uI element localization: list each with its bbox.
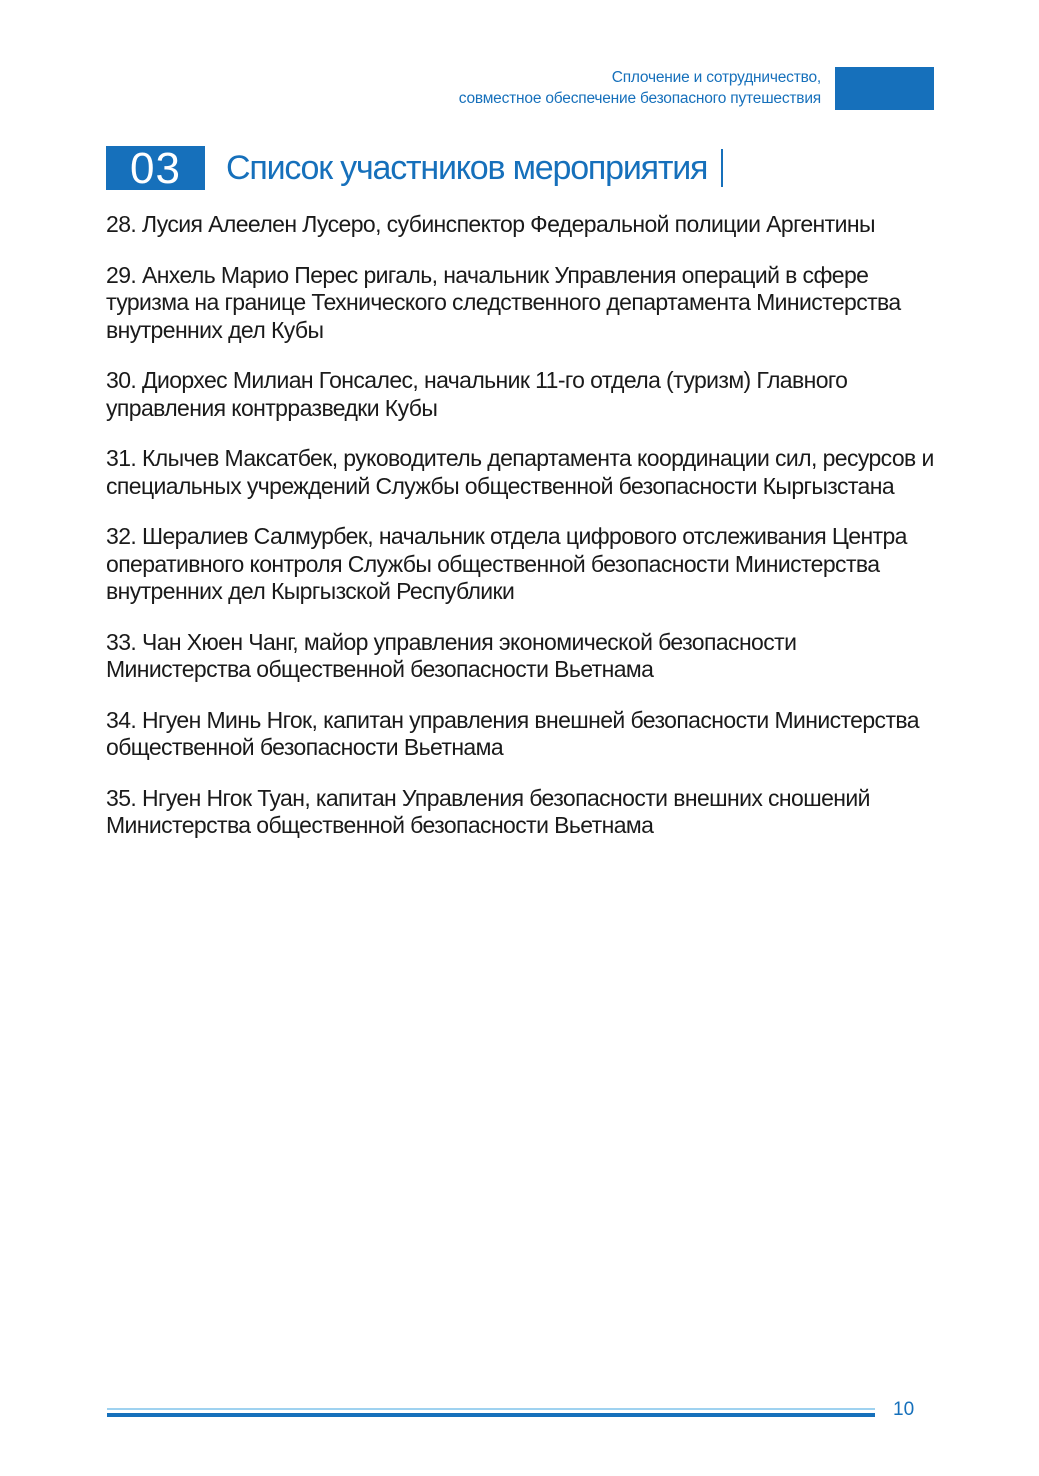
list-item: 28. Лусия Алеелен Лусеро, субинспектор Ф… xyxy=(106,211,946,239)
header-subtitle: Сплочение и сотрудничество, совместное о… xyxy=(459,67,821,109)
list-item: 35. Нгуен Нгок Туан, капитан Управления … xyxy=(106,785,946,840)
footer-divider-thick xyxy=(107,1413,875,1417)
participant-list: 28. Лусия Алеелен Лусеро, субинспектор Ф… xyxy=(106,211,946,850)
title-divider xyxy=(721,149,723,187)
section-number-badge: 03 xyxy=(106,146,205,190)
header-subtitle-line-1: Сплочение и сотрудничество, xyxy=(459,67,821,88)
page-number: 10 xyxy=(893,1399,914,1421)
footer-divider-thin xyxy=(107,1408,875,1410)
list-item: 34. Нгуен Минь Нгок, капитан управления … xyxy=(106,707,946,762)
section-title: Список участников мероприятия xyxy=(226,146,723,190)
section-title-text: Список участников мероприятия xyxy=(226,143,707,193)
list-item: 31. Клычев Максатбек, руководитель депар… xyxy=(106,445,946,500)
header-accent-block xyxy=(835,67,934,110)
list-item: 29. Анхель Марио Перес ригаль, начальник… xyxy=(106,262,946,345)
list-item: 33. Чан Хюен Чанг, майор управления экон… xyxy=(106,629,946,684)
list-item: 30. Диорхес Милиан Гонсалес, начальник 1… xyxy=(106,367,946,422)
list-item: 32. Шералиев Салмурбек, начальник отдела… xyxy=(106,523,946,606)
header-subtitle-line-2: совместное обеспечение безопасного путеш… xyxy=(459,88,821,109)
